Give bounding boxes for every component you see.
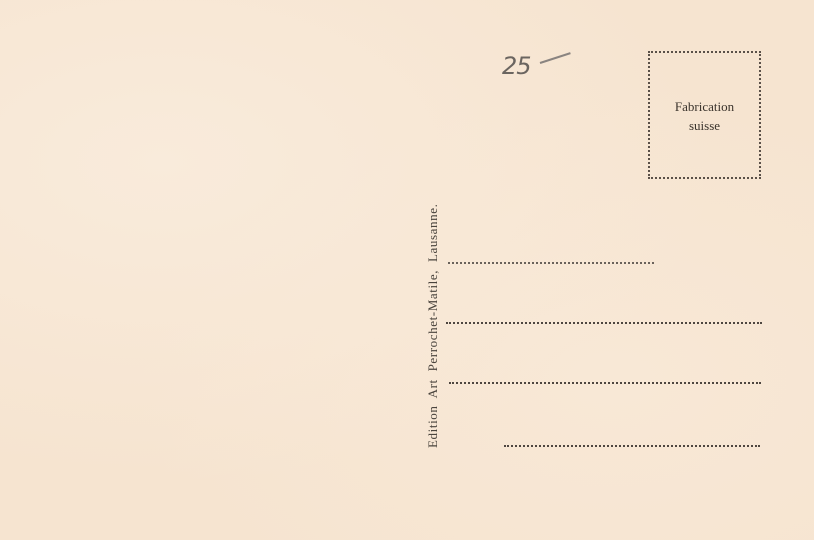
publisher-imprint: Edition Art Perrochet-Matile, Lausanne.	[425, 204, 441, 448]
address-line-2	[446, 322, 762, 324]
handwritten-price: 25	[502, 52, 531, 80]
postcard-back: 25 Fabrication suisse Edition Art Perroc…	[0, 0, 814, 540]
address-line-3	[449, 382, 761, 384]
stamp-box-line1: Fabrication	[650, 97, 759, 116]
stamp-box-text: Fabrication suisse	[650, 97, 759, 135]
address-line-4	[504, 445, 760, 447]
stamp-box-line2: suisse	[650, 116, 759, 135]
address-line-1	[448, 262, 654, 264]
handwritten-dash	[540, 52, 571, 64]
stamp-box: Fabrication suisse	[648, 51, 761, 179]
